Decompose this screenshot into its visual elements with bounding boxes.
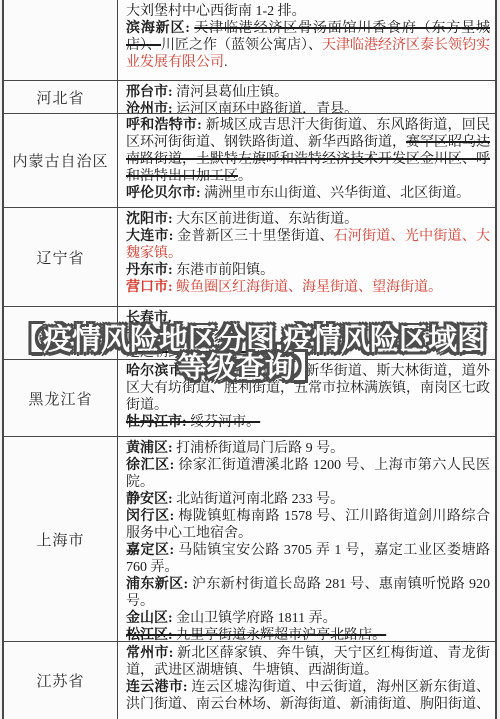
province-cell: 黑龙江省	[4, 360, 118, 436]
detail-cell: 黄浦区: 打浦桥街道局门后路 9 号。徐汇区: 徐家汇街道漕溪北路 1200 号…	[118, 437, 495, 641]
entry-line: 呼和浩特市: 新城区成吉思汗大街街道、东风路街道，回民区环河街街道、钢铁路街道、…	[126, 117, 490, 185]
text-segment: 牡丹江市:	[126, 415, 190, 430]
text-segment: 长春市.	[126, 311, 172, 326]
table-row: 江苏省常州市: 新北区薛家镇、奔牛镇，天宁区红梅街道、青龙街道，武进区湖塘镇、牛…	[4, 642, 495, 719]
detail-cell: 邢台市: 清河县葛仙庄镇。沧州市: 运河区南环中路街道，青县。	[118, 81, 495, 113]
text-segment: 沈阳市:	[126, 212, 176, 227]
entry-line: 丹东市: 东港市前阳镇。	[126, 262, 490, 279]
text-segment: 营口市:	[126, 280, 176, 295]
text-segment: 滨海新区:	[126, 21, 194, 36]
text-segment: 吉林市.	[126, 328, 172, 343]
text-segment: 九里亭街道永辉超市沪亭北路店。	[176, 628, 386, 642]
entry-line: 大连市: 金普新区三十里堡街道、石河街道、光中街道、大魏家镇。	[126, 228, 490, 262]
table-row: 吉林省长春市.吉林市.延边朝鲜族自治州：珲春市。	[4, 307, 495, 360]
page: 大刘堡村中心西街南 1-2 排。滨海新区: 天津临港经济区骨汤面馆川香食府（东方…	[0, 0, 500, 719]
text-segment: 静安区:	[126, 492, 176, 507]
text-segment: 清河县葛仙庄镇。	[176, 85, 288, 100]
entry-line: 松江区: 九里亭街道永辉超市沪亭北路店。	[126, 627, 490, 642]
text-segment: 大刘堡村中心西街南 1-2 排。	[126, 4, 306, 19]
entry-line: 闵行区: 梅陇镇虹梅南路 1578 号、江川路街道剑川路综合服务中心工地宿舍。	[126, 508, 490, 542]
entry-line: 嘉定区: 马陆镇宝安公路 3705 弄 1 号，嘉定工业区娄塘路 760 弄。	[126, 542, 490, 576]
text-segment: 黄浦区:	[126, 441, 176, 456]
detail-cell: 呼和浩特市: 新城区成吉思汗大街街道、东风路街道，回民区环河街街道、钢铁路街道、…	[118, 114, 495, 207]
detail-cell: 长春市.吉林市.延边朝鲜族自治州：珲春市。	[118, 307, 495, 359]
entry-line: 浦东新区: 沪东新村街道长岛路 281 号、惠南镇听悦路 920 号。	[126, 576, 490, 610]
text-segment: 东港市前阳镇。	[176, 263, 274, 278]
text-segment: 。	[168, 246, 182, 261]
table-row: 内蒙古自治区呼和浩特市: 新城区成吉思汗大街街道、东风路街道，回民区环河街街道、…	[4, 114, 495, 208]
detail-cell: 大刘堡村中心西街南 1-2 排。滨海新区: 天津临港经济区骨汤面馆川香食府（东方…	[118, 0, 495, 80]
table-row: 大刘堡村中心西街南 1-2 排。滨海新区: 天津临港经济区骨汤面馆川香食府（东方…	[4, 0, 495, 81]
province-cell	[4, 0, 118, 80]
table-row: 黑龙江省哈尔滨市: 道里区抚顺街道、新华街道、斯大林街道，道外区大有坊街道、胜利…	[4, 360, 495, 437]
province-cell: 内蒙古自治区	[4, 114, 118, 207]
table-row: 辽宁省沈阳市: 大东区前进街道、东站街道。大连市: 金普新区三十里堡街道、石河街…	[4, 208, 495, 307]
province-cell: 辽宁省	[4, 208, 118, 306]
text-segment: 绥芬河市。	[190, 415, 260, 430]
text-segment: 。	[238, 169, 252, 184]
text-segment: 运河区南环中路街道，青县。	[176, 102, 358, 114]
province-cell: 江苏省	[4, 642, 118, 719]
text-segment: 马陆镇宝安公路 3705 弄 1 号，嘉定工业区娄塘路 760 弄。	[126, 543, 490, 575]
text-segment: 嘉定区:	[126, 543, 178, 558]
entry-line: 吉林市.	[126, 327, 490, 344]
detail-cell: 常州市: 新北区薛家镇、奔牛镇，天宁区红梅街道、青龙街道，武进区湖塘镇、牛塘镇、…	[118, 642, 495, 719]
entry-line: 滨海新区: 天津临港经济区骨汤面馆川香食府（东方星城店）、川匠之作（蓝领公寓店）…	[126, 20, 490, 71]
entry-line: 静安区: 北站街道河南北路 233 号。	[126, 491, 490, 508]
text-segment: 北站街道河南北路 233 号。	[176, 492, 344, 507]
text-segment: .	[224, 55, 228, 70]
entry-line: 连云港市: 连云区墟沟街道、中云街道，海州区新东街道、洪门街道、南云台林场、新海…	[126, 679, 490, 713]
province-label: 黑龙江省	[28, 388, 92, 409]
entry-line: 常州市: 新北区薛家镇、奔牛镇，天宁区红梅街道、青龙街道，武进区湖塘镇、牛塘镇、…	[126, 645, 490, 679]
province-label: 吉林省	[36, 323, 84, 344]
text-segment: 大连市:	[126, 229, 177, 244]
text-segment: 金普新区三十里堡街道、	[177, 229, 334, 244]
detail-cell: 沈阳市: 大东区前进街道、东站街道。大连市: 金普新区三十里堡街道、石河街道、光…	[118, 208, 495, 306]
province-label: 河北省	[36, 87, 84, 108]
entry-line: 沈阳市: 大东区前进街道、东站街道。	[126, 211, 490, 228]
entry-line: 长春市.	[126, 310, 490, 327]
text-segment: 呼和浩特市:	[126, 118, 206, 133]
entry-line: 大刘堡村中心西街南 1-2 排。	[126, 3, 490, 20]
text-segment: 闵行区:	[126, 509, 178, 524]
province-label: 上海市	[36, 529, 84, 550]
text-segment: 松江区:	[126, 628, 176, 642]
text-segment: 哈尔滨市:	[126, 364, 191, 379]
text-segment: 大东区前进街道、东站街道。	[176, 212, 358, 227]
province-cell: 河北省	[4, 81, 118, 113]
text-segment: 徐家汇街道漕溪北路 1200 号、上海市第六人民医院。	[126, 458, 490, 490]
text-segment: 梅陇镇虹梅南路 1578 号、江川路街道剑川路综合服务中心工地宿舍。	[126, 509, 490, 541]
province-label: 江苏省	[36, 670, 84, 691]
risk-area-table: 大刘堡村中心西街南 1-2 排。滨海新区: 天津临港经济区骨汤面馆川香食府（东方…	[2, 0, 497, 719]
entry-line: 沧州市: 运河区南环中路街道，青县。	[126, 101, 490, 114]
entry-line: 徐汇区: 徐家汇街道漕溪北路 1200 号、上海市第六人民医院。	[126, 457, 490, 491]
text-segment: 新北区薛家镇、奔牛镇，天宁区红梅街道、青龙街道，武进区湖塘镇、牛塘镇、西湖街道。	[126, 646, 490, 678]
entry-line: 金山区: 金山卫镇学府路 1811 弄。	[126, 610, 490, 627]
province-label: 内蒙古自治区	[12, 150, 108, 171]
text-segment: 丹东市:	[126, 263, 176, 278]
entry-line: 邢台市: 清河县葛仙庄镇。	[126, 84, 490, 101]
province-cell: 吉林省	[4, 307, 118, 359]
detail-cell: 哈尔滨市: 道里区抚顺街道、新华街道、斯大林街道，道外区大有坊街道、胜利街道，五…	[118, 360, 495, 436]
text-segment: 呼伦贝尔市:	[126, 186, 204, 201]
text-segment: 沧州市:	[126, 102, 176, 114]
entry-line: 呼伦贝尔市: 满洲里市东山街道、兴华街道、北区街道。	[126, 185, 490, 202]
province-label: 辽宁省	[36, 247, 84, 268]
entry-line: 黄浦区: 打浦桥街道局门后路 9 号。	[126, 440, 490, 457]
table-row: 河北省邢台市: 清河县葛仙庄镇。沧州市: 运河区南环中路街道，青县。	[4, 81, 495, 114]
entry-line: 延边朝鲜族自治州：珲春市。	[126, 344, 490, 360]
text-segment: 鲅鱼圈区红海街道、海星街道、望海街道。	[176, 280, 442, 295]
entry-line: 牡丹江市: 绥芬河市。	[126, 414, 490, 431]
province-cell: 上海市	[4, 437, 118, 641]
text-segment: 川匠之作（蓝领公寓店）、	[161, 38, 322, 53]
text-segment: 打浦桥街道局门后路 9 号。	[176, 441, 344, 456]
table-row: 上海市黄浦区: 打浦桥街道局门后路 9 号。徐汇区: 徐家汇街道漕溪北路 120…	[4, 437, 495, 642]
text-segment: 满洲里市东山街道、兴华街道、北区街道。	[204, 186, 470, 201]
text-segment: 邢台市:	[126, 85, 176, 100]
entry-line: 哈尔滨市: 道里区抚顺街道、新华街道、斯大林街道，道外区大有坊街道、胜利街道，五…	[126, 363, 490, 414]
text-segment: 常州市:	[126, 646, 177, 661]
text-segment: 金山区:	[126, 611, 176, 626]
text-segment: 金山卫镇学府路 1811 弄。	[176, 611, 336, 626]
text-segment: 浦东新区:	[126, 577, 192, 592]
text-segment: 徐汇区:	[126, 458, 178, 473]
entry-line: 营口市: 鲅鱼圈区红海街道、海星街道、望海街道。	[126, 279, 490, 296]
text-segment: 延边朝鲜族自治州：珲春市。	[126, 345, 308, 360]
text-segment: 连云港市:	[126, 680, 191, 695]
